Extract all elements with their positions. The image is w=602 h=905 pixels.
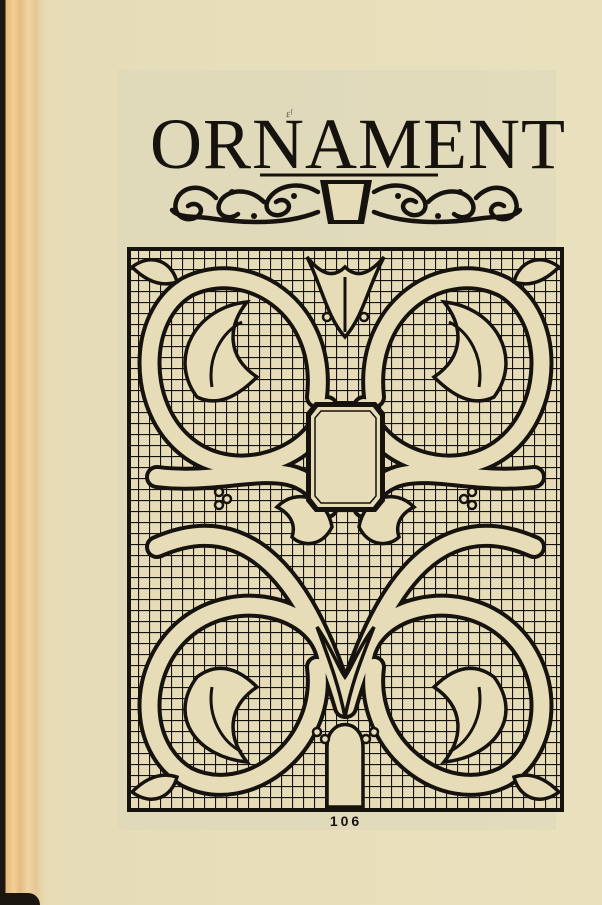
book-page: ɛᶠ ORNAMENT xyxy=(0,0,602,905)
page-title: ORNAMENT xyxy=(150,108,530,180)
scroll-headpiece-icon xyxy=(168,172,524,228)
page-number: 106 xyxy=(316,813,376,829)
spine-shadow xyxy=(0,893,40,905)
ornamental-panel-icon xyxy=(127,247,564,812)
